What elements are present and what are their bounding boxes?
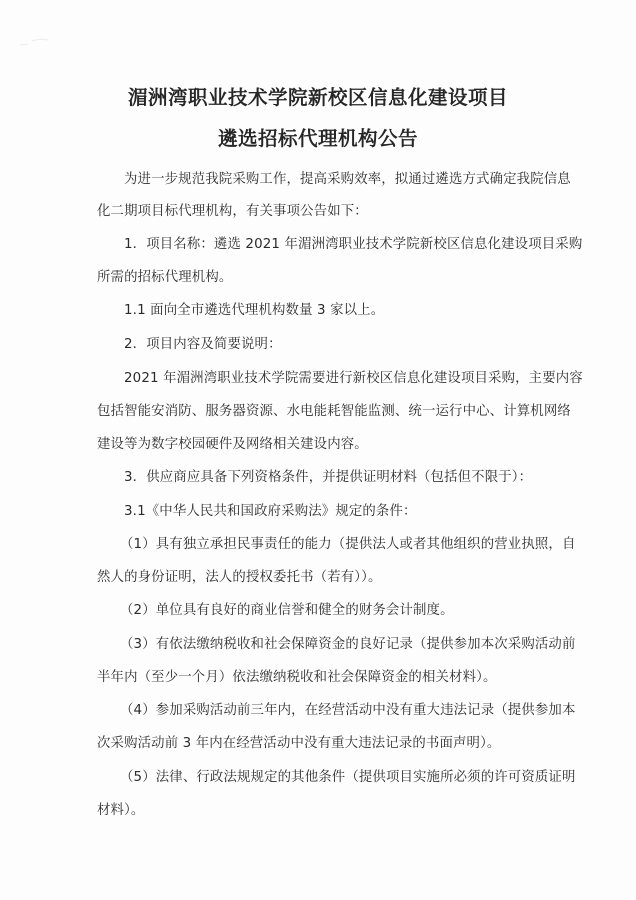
item2-heading: 2．项目内容及简要说明： (124, 333, 282, 352)
condition4-line1: （4）参加采购活动前三年内，在经营活动中没有重大违法记录（提供参加本 (120, 699, 576, 718)
item3-1-heading: 3.1《中华人民共和国政府采购法》规定的条件： (124, 500, 417, 519)
condition2: （2）单位具有良好的商业信誉和健全的财务会计制度。 (120, 599, 454, 618)
item1-project-name-line2: 所需的招标代理机构。 (97, 266, 232, 285)
condition3-line1: （3）有依法缴纳税收和社会保障资金的良好记录（提供参加本次采购活动前 (120, 633, 576, 652)
document-title-line2: 遴选招标代理机构公告 (0, 123, 636, 151)
condition3-line2: 半年内（至少一个月）依法缴纳税收和社会保障资金的相关材料）。 (97, 666, 497, 685)
item1-project-name-line1: 1．项目名称：遴选 2021 年湄洲湾职业技术学院新校区信息化建设项目采购 (124, 233, 582, 252)
condition4-line2: 次采购活动前 3 年内在经营活动中没有重大违法记录的书面声明）。 (97, 732, 500, 751)
item3-heading: 3．供应商应具备下列资格条件，并提供证明材料（包括但不限于）： (124, 466, 532, 485)
intro-paragraph-line2: 化二期项目标代理机构，有关事项公告如下： (97, 200, 368, 219)
document-title-line1: 湄洲湾职业技术学院新校区信息化建设项目 (0, 82, 636, 110)
scan-smudge-mark (18, 36, 58, 48)
condition5-line2: 材料）。 (97, 799, 144, 818)
item1-1-agency-count: 1.1 面向全市遴选代理机构数量 3 家以上。 (124, 299, 384, 318)
condition5-line1: （5）法律、行政法规规定的其他条件（提供项目实施所必须的许可资质证明 (120, 766, 576, 785)
intro-paragraph-line1: 为进一步规范我院采购工作，提高采购效率，拟通过遴选方式确定我院信息 (124, 168, 571, 187)
condition1-line1: （1）具有独立承担民事责任的能力（提供法人或者其他组织的营业执照，自 (120, 533, 576, 552)
item2-content-line1: 2021 年湄洲湾职业技术学院需要进行新校区信息化建设项目采购，主要内容 (124, 367, 583, 386)
item2-content-line2: 包括智能安消防、服务器资源、水电能耗智能监测、统一运行中心、计算机网络 (97, 400, 571, 419)
scanned-document-page: 湄洲湾职业技术学院新校区信息化建设项目 遴选招标代理机构公告 为进一步规范我院采… (0, 0, 636, 900)
item2-content-line3: 建设等为数字校园硬件及网络相关建设内容。 (97, 433, 368, 452)
condition1-line2: 然人的身份证明，法人的授权委托书（若有））。 (97, 566, 382, 585)
